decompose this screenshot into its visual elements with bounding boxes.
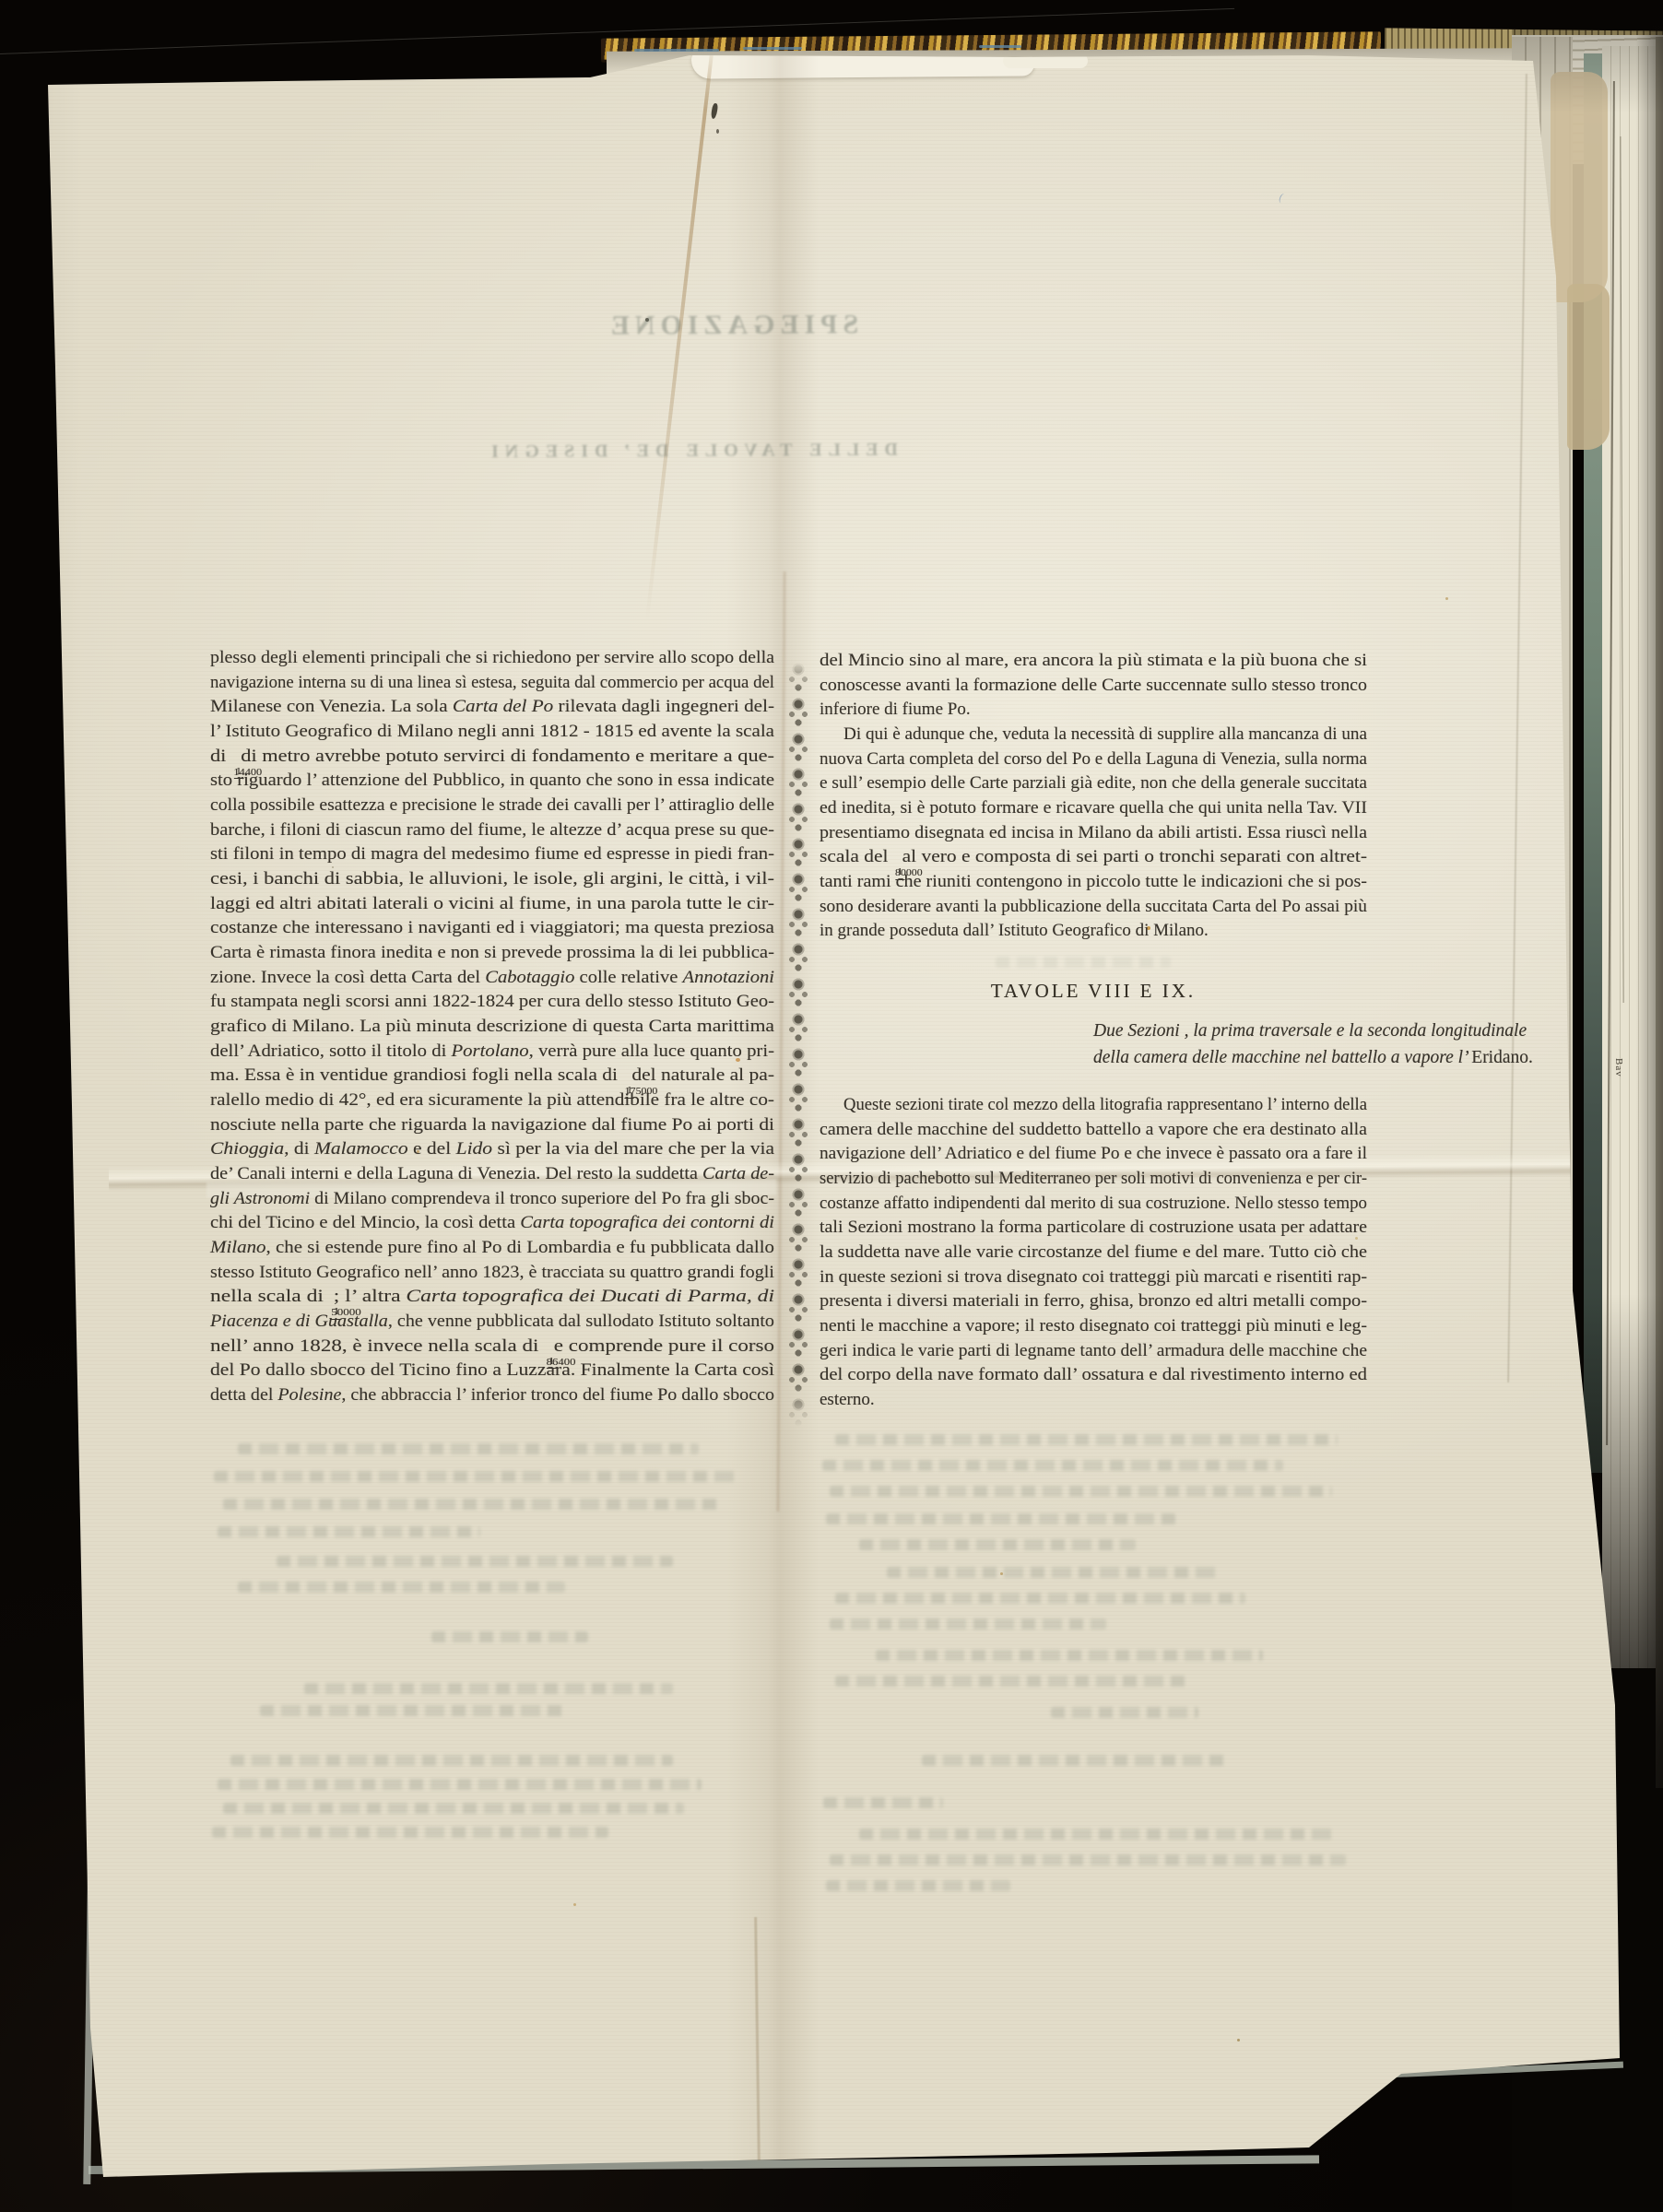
ghost-text-line xyxy=(260,1705,564,1716)
text-line: tanti rami che riuniti contengono in pic… xyxy=(820,870,1367,895)
foxing-speck xyxy=(1445,597,1448,600)
text-line: sti filoni in tempo di magra del medesim… xyxy=(210,842,774,867)
text-line: colla possibile esattezza e precisione l… xyxy=(210,794,774,818)
text-line: in grande posseduta dall’ Istituto Geogr… xyxy=(820,919,1367,944)
blue-paper-edge xyxy=(979,45,1021,48)
text-line: esterno. xyxy=(820,1388,1367,1413)
text-line: nosciute nella parte che riguarda la nav… xyxy=(210,1113,774,1138)
text-line: costanze che interessano i naviganti ed … xyxy=(210,916,774,941)
ghost-text-line xyxy=(223,1803,684,1814)
ghost-text-line xyxy=(223,1499,721,1510)
blue-paper-edge xyxy=(743,47,802,50)
text-line: laggi ed altri abitati laterali o vicini… xyxy=(210,892,774,917)
foxing-speck xyxy=(1237,2039,1240,2041)
text-line: plesso degli elementi principali che si … xyxy=(210,646,774,671)
text-line: grafico di Milano. La più minuta descriz… xyxy=(210,1015,774,1040)
text-line: e sull’ esempio delle Carte parziali già… xyxy=(820,771,1367,796)
ghost-text-line xyxy=(826,1880,1010,1891)
ghost-text-line xyxy=(922,1755,1226,1766)
ghost-text-line xyxy=(835,1593,1245,1604)
blue-fiber xyxy=(1278,193,1287,205)
ghost-text-line xyxy=(304,1683,673,1694)
text-line: Milano, che si estende pure fino al Po d… xyxy=(210,1236,774,1261)
ghost-text-line xyxy=(830,1854,1346,1865)
text-line: gli Astronomi di Milano comprendeva il t… xyxy=(210,1187,774,1212)
ghost-text-line xyxy=(835,1676,1185,1687)
text-line: Chioggia, di Malamocco e del Lido sì per… xyxy=(210,1137,774,1162)
unfolded-sheet: SPIEGAZIONE DELLE TAVOLE DE’ DISEGNI xyxy=(0,0,1663,2212)
ghost-text-line xyxy=(859,1829,1339,1840)
text-line: ma. Essa è in ventidue grandiosi fogli n… xyxy=(210,1064,774,1088)
ghost-text-line xyxy=(859,1539,1136,1550)
ghost-text-line xyxy=(830,1486,1332,1497)
left-text-column: plesso degli elementi principali che si … xyxy=(210,646,774,1408)
ghost-text-line xyxy=(212,1827,608,1838)
text-line: de’ Canali interni e della Laguna di Ven… xyxy=(210,1162,774,1187)
text-line: Due Sezioni , la prima traversale e la s… xyxy=(820,1018,1367,1044)
text-line: Queste sezioni tirate col mezzo della li… xyxy=(820,1093,1367,1118)
photo-background: Bav SPIEGAZIONE DELLE TAVOLE DE’ DISEGNI xyxy=(0,0,1663,2212)
text-line: di 114400 di metro avrebbe potuto servir… xyxy=(210,745,774,770)
text-line: geri indica le varie parti di legname ta… xyxy=(820,1339,1367,1364)
foxing-speck xyxy=(573,1903,576,1906)
ornament-divider xyxy=(786,660,810,1427)
ink-dot xyxy=(716,129,719,134)
text-line: del Po dallo sbocco del Ticino fino a Lu… xyxy=(210,1359,774,1383)
text-line: Di qui è adunque che, veduta la necessit… xyxy=(820,723,1367,747)
right-text-column-top: del Mincio sino al mare, era ancora la p… xyxy=(820,649,1367,944)
text-line: presentiamo disegnata ed incisa in Milan… xyxy=(820,821,1367,846)
text-line: servizio di pachebotto sul Mediterraneo … xyxy=(820,1167,1367,1192)
text-line: fu stampata negli scorsi anni 1822-1824 … xyxy=(210,990,774,1015)
text-line: detta del Polesine, che abbraccia l’ inf… xyxy=(210,1383,774,1408)
ghost-text-line xyxy=(887,1567,1219,1578)
text-line: tali Sezioni mostrano la forma particola… xyxy=(820,1216,1367,1241)
text-line: barche, i filoni di ciascun ramo del fiu… xyxy=(210,818,774,843)
ghost-text-line xyxy=(230,1755,673,1766)
text-line: zione. Invece la così detta Carta del Ca… xyxy=(210,966,774,991)
text-line: nenti le macchine a vapore; il resto dis… xyxy=(820,1314,1367,1339)
text-line: sono desiderare avanti la pubblicazione … xyxy=(820,895,1367,920)
text-line: conoscesse avanti la formazione delle Ca… xyxy=(820,674,1367,699)
text-line: navigazione interna su di una linea sì e… xyxy=(210,671,774,696)
text-line: scala del 180000 al vero e composta di s… xyxy=(820,845,1367,870)
text-line: chi del Ticino e del Mincio, la così det… xyxy=(210,1211,774,1236)
ghost-subtitle: DELLE TAVOLE DE’ DISEGNI xyxy=(395,439,988,463)
text-line: inferiore di fiume Po. xyxy=(820,698,1367,723)
text-line: Carta è rimasta finora inedita e non si … xyxy=(210,941,774,966)
text-line: navigazione dell’ Adriatico e del fiume … xyxy=(820,1142,1367,1167)
ghost-text-line xyxy=(238,1582,565,1593)
ghost-text-line xyxy=(823,1797,943,1808)
ghost-text-line xyxy=(826,1513,1176,1524)
tavole-heading-wrap: TAVOLE VIII E IX. xyxy=(820,977,1367,1005)
text-line: cesi, i banchi di sabbia, le alluvioni, … xyxy=(210,867,774,892)
text-line: nella scala di 150000; l’ altra Carta to… xyxy=(210,1285,774,1310)
text-line: del Mincio sino al mare, era ancora la p… xyxy=(820,649,1367,674)
ghost-text-line xyxy=(218,1779,702,1790)
ghost-text-line xyxy=(1051,1707,1198,1718)
stack-edge-label: Bav xyxy=(1613,1058,1624,1073)
text-line: la suddetta nave alle varie circostanze … xyxy=(820,1241,1367,1265)
ghost-text-line xyxy=(876,1650,1263,1661)
text-line: stesso Istituto Geografico nell’ anno 18… xyxy=(210,1261,774,1286)
ghost-text-line xyxy=(822,1460,1283,1471)
text-line: Milanese con Venezia. La sola Carta del … xyxy=(210,695,774,720)
ghost-text-line xyxy=(830,1618,1106,1630)
ghost-text-line xyxy=(218,1526,480,1537)
text-line: nuova Carta completa del corso del Po e … xyxy=(820,747,1367,772)
ink-blot xyxy=(711,103,718,120)
right-text-column-bottom: Queste sezioni tirate col mezzo della li… xyxy=(820,1093,1367,1413)
text-line: sto riguardo l’ attenzione del Pubblico,… xyxy=(210,769,774,794)
text-line: nell’ anno 1828, è invece nella scala di… xyxy=(210,1335,774,1359)
ghost-title: SPIEGAZIONE xyxy=(597,309,867,342)
text-line: dell’ Adriatico, sotto il titolo di Port… xyxy=(210,1040,774,1065)
text-line: Piacenza e di Guastalla, che venne pubbl… xyxy=(210,1310,774,1335)
tavole-heading: TAVOLE VIII E IX. xyxy=(820,977,1367,1005)
ghost-text-line xyxy=(238,1443,699,1454)
ghost-text-line xyxy=(277,1556,673,1567)
text-line: ralello medio di 42°, ed era sicuramente… xyxy=(210,1088,774,1113)
text-line: del corpo della nave formato dall’ ossat… xyxy=(820,1363,1367,1388)
ghost-text-line xyxy=(214,1471,735,1482)
ghost-text-line xyxy=(431,1631,588,1642)
text-line: in queste sezioni si trova disegnato coi… xyxy=(820,1265,1367,1290)
ghost-text-line xyxy=(835,1434,1338,1445)
text-line: presenta i diversi materiali in ferro, g… xyxy=(820,1289,1367,1314)
text-line: l’ Istituto Geografico di Milano negli a… xyxy=(210,720,774,745)
text-line: ed inedita, si è potuto formare e ricava… xyxy=(820,796,1367,821)
tavole-subtitle: Due Sezioni , la prima traversale e la s… xyxy=(820,1018,1367,1071)
ghost-text-line xyxy=(996,957,1171,968)
text-line: camera delle macchine del suddetto batte… xyxy=(820,1118,1367,1143)
text-line: della camera delle macchine nel battello… xyxy=(820,1044,1367,1071)
text-line: costanze affatto indipendenti dal merito… xyxy=(820,1192,1367,1217)
blue-paper-edge xyxy=(634,49,719,52)
fold-crease xyxy=(1507,74,1527,1382)
